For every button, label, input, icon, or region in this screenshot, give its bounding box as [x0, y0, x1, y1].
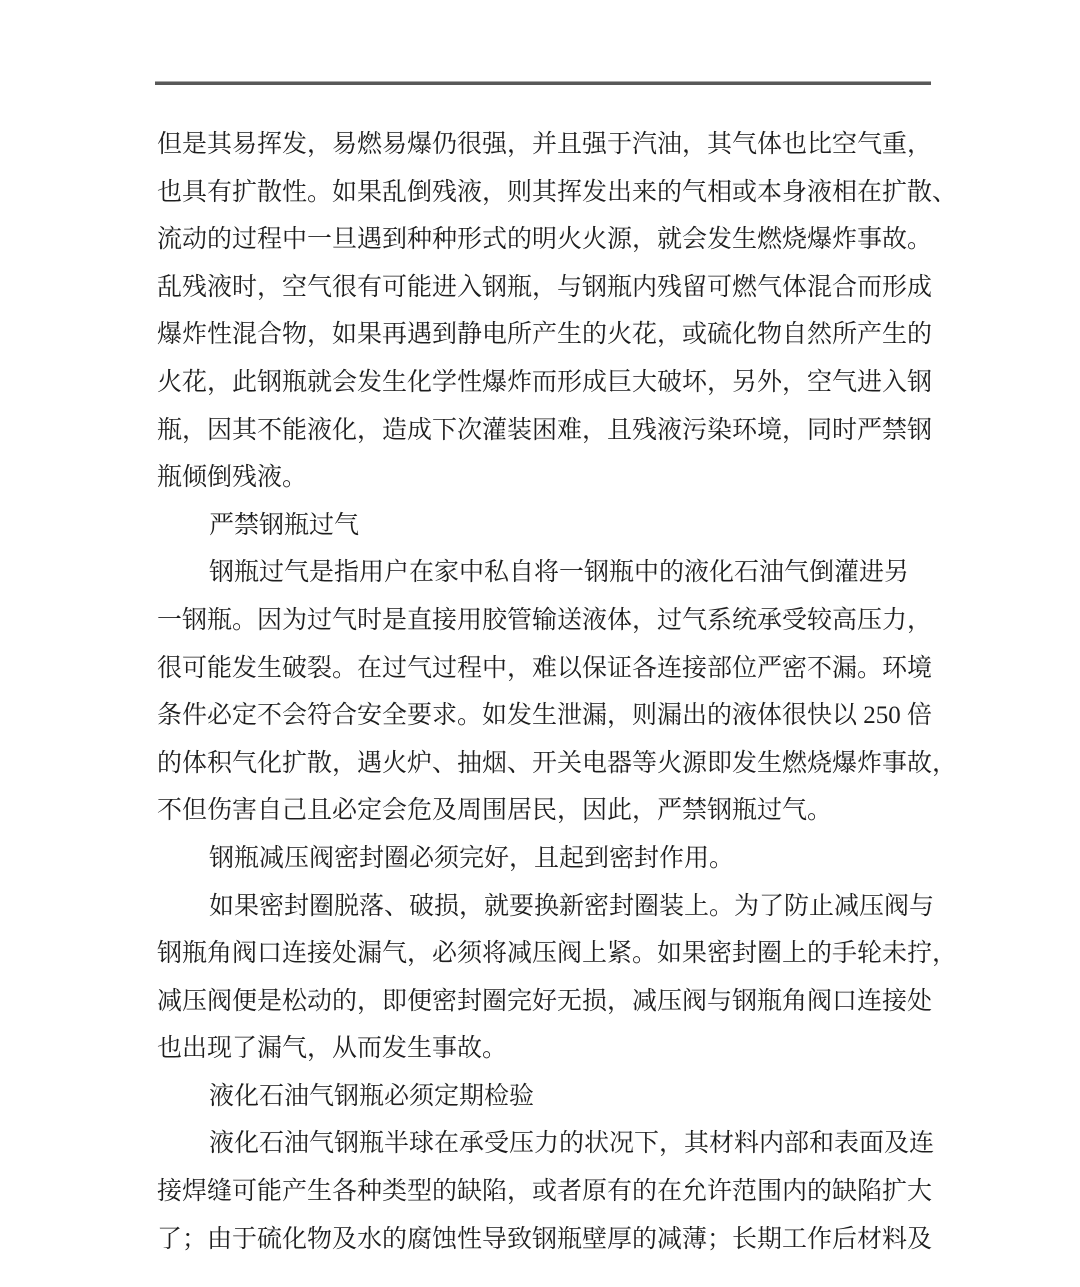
text-line: 液化石油气钢瓶半球在承受压力的状况下，其材料内部和表面及连	[157, 1120, 947, 1168]
text-line: 但是其易挥发，易燃易爆仍很强，并且强于汽油，其气体也比空气重，	[157, 121, 947, 169]
text-line: 如果密封圈脱落、破损，就要换新密封圈装上。为了防止减压阀与	[157, 883, 947, 931]
text-line: 严禁钢瓶过气	[157, 502, 947, 550]
text-line: 瓶，因其不能液化，造成下次灌装困难，且残液污染环境，同时严禁钢	[157, 407, 947, 455]
text-line: 的体积气化扩散，遇火炉、抽烟、开关电器等火源即发生燃烧爆炸事故，	[157, 740, 947, 788]
text-line: 钢瓶角阀口连接处漏气，必须将减压阀上紧。如果密封圈上的手轮未拧，	[157, 930, 947, 978]
text-line: 也具有扩散性。如果乱倒残液，则其挥发出来的气相或本身液相在扩散、	[157, 169, 947, 217]
text-line: 钢瓶减压阀密封圈必须完好，且起到密封作用。	[157, 835, 947, 883]
text-line: 钢瓶过气是指用户在家中私自将一钢瓶中的液化石油气倒灌进另	[157, 549, 947, 597]
text-line: 不但伤害自己且必定会危及周围居民，因此，严禁钢瓶过气。	[157, 787, 947, 835]
text-line: 乱残液时，空气很有可能进入钢瓶，与钢瓶内残留可燃气体混合而形成	[157, 264, 947, 312]
text-line: 条件必定不会符合安全要求。如发生泄漏，则漏出的液体很快以 250 倍	[157, 692, 947, 740]
document-body: 但是其易挥发，易燃易爆仍很强，并且强于汽油，其气体也比空气重，也具有扩散性。如果…	[157, 121, 947, 1263]
text-line: 减压阀便是松动的，即便密封圈完好无损，减压阀与钢瓶角阀口连接处	[157, 978, 947, 1026]
text-line: 液化石油气钢瓶必须定期检验	[157, 1073, 947, 1121]
text-line: 一钢瓶。因为过气时是直接用胶管输送液体，过气系统承受较高压力，	[157, 597, 947, 645]
document-page: 但是其易挥发，易燃易爆仍很强，并且强于汽油，其气体也比空气重，也具有扩散性。如果…	[0, 0, 1080, 1287]
text-line: 瓶倾倒残液。	[157, 454, 947, 502]
text-line: 很可能发生破裂。在过气过程中，难以保证各连接部位严密不漏。环境	[157, 645, 947, 693]
text-line: 了；由于硫化物及水的腐蚀性导致钢瓶壁厚的减薄；长期工作后材料及	[157, 1216, 947, 1264]
text-line: 火花，此钢瓶就会发生化学性爆炸而形成巨大破坏，另外，空气进入钢	[157, 359, 947, 407]
text-line: 也出现了漏气，从而发生事故。	[157, 1025, 947, 1073]
text-line: 流动的过程中一旦遇到种种形式的明火火源，就会发生燃烧爆炸事故。	[157, 216, 947, 264]
text-line: 爆炸性混合物，如果再遇到静电所产生的火花，或硫化物自然所产生的	[157, 311, 947, 359]
header-divider-line	[155, 81, 931, 85]
text-line: 接焊缝可能产生各种类型的缺陷，或者原有的在允许范围内的缺陷扩大	[157, 1168, 947, 1216]
